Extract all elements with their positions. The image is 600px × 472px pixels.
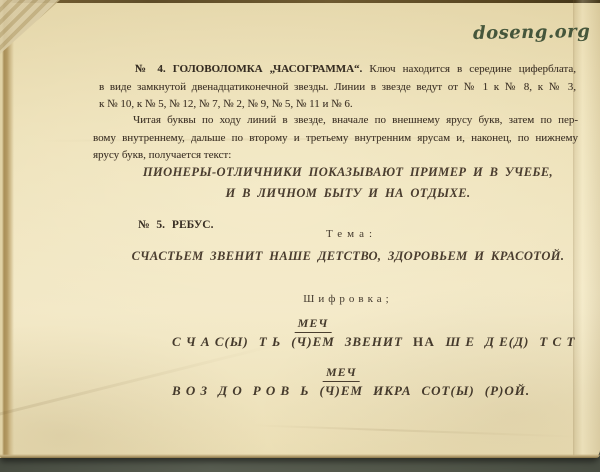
crease-line (250, 424, 580, 438)
watermark-text: doseng.org (473, 21, 591, 44)
paragraph-line: к № 10, к № 5, № 12, № 7, № 2, № 9, № 5,… (99, 96, 576, 114)
page-fold-crease (573, 0, 600, 458)
fraction-numerator: МЕЧ (295, 316, 332, 333)
cipher-group: Т Ь (259, 334, 281, 350)
fraction-denominator: (Ч)ЕМ (319, 383, 363, 398)
page-top-edge (0, 0, 600, 3)
page-bottom-edge (0, 454, 600, 458)
scanned-page-background: doseng.org № 4. ГОЛОВОЛОМКА „ЧАСОГРАММА“… (0, 0, 600, 472)
cipher-fraction: МЕЧ(Ч)ЕМ (319, 383, 363, 399)
cipher-group: Д Е(Д) (485, 334, 529, 350)
paragraph-line: вому внутреннему, дальше по второму и тр… (93, 130, 578, 148)
cipher-group: НА (413, 334, 436, 350)
paragraph-text: Ключ находится в середине циферблата, (369, 63, 576, 75)
answer-line: ПИОНЕРЫ-ОТЛИЧНИКИ ПОКАЗЫВАЮТ ПРИМЕР И В … (108, 162, 588, 183)
cipher-group: Ь (300, 383, 309, 399)
puzzle4-answer: ПИОНЕРЫ-ОТЛИЧНИКИ ПОКАЗЫВАЮТ ПРИМЕР И В … (108, 162, 588, 204)
paragraph-line: в виде замкнутой двенадцатиконечной звез… (99, 79, 576, 97)
theme-label: Тема: (326, 228, 377, 240)
puzzle4-paragraph-1: № 4. ГОЛОВОЛОМКА „ЧАСОГРАММА“. Ключ нахо… (99, 61, 576, 114)
answer-line: И В ЛИЧНОМ БЫТУ И НА ОТДЫХЕ. (108, 183, 588, 204)
cipher-group: С Ч А С(Ы) (172, 334, 249, 350)
cipher-group: ЗВЕНИТ (345, 334, 403, 350)
paragraph-line: Читая буквы по ходу линий в звезде, внач… (93, 112, 578, 130)
fraction-numerator: МЕЧ (323, 365, 360, 382)
cipher-group: ИКРА (373, 383, 411, 399)
paragraph-line: № 4. ГОЛОВОЛОМКА „ЧАСОГРАММА“. Ключ нахо… (99, 61, 576, 79)
puzzle5-heading: № 5. РЕБУС. (138, 219, 213, 231)
puzzle4-paragraph-2: Читая буквы по ходу линий в звезде, внач… (93, 112, 578, 165)
cipher-line-2: В О З Д О Р О В Ь МЕЧ(Ч)ЕМ ИКРА СОТ(Ы) (… (172, 383, 530, 399)
cipher-group: Ш Е (445, 334, 475, 350)
cipher-fraction: МЕЧ(Ч)ЕМ (291, 334, 335, 350)
cipher-group: (Р)ОЙ. (485, 383, 530, 399)
tape-corner (0, 0, 60, 54)
puzzle4-heading: № 4. ГОЛОВОЛОМКА „ЧАСОГРАММА“. (135, 63, 362, 75)
cipher-group: Д О (218, 383, 243, 399)
cipher-label: Шифровка; (108, 293, 588, 305)
crease-line (0, 341, 286, 421)
cipher-group: Р О В (253, 383, 291, 399)
theme-text: СЧАСТЬЕМ ЗВЕНИТ НАШЕ ДЕТСТВО, ЗДОРОВЬЕМ … (108, 249, 588, 264)
cipher-line-1: С Ч А С(Ы) Т Ь МЕЧ(Ч)ЕМ ЗВЕНИТ НА Ш Е Д … (172, 334, 575, 350)
cipher-group: Т С Т (539, 334, 575, 350)
fraction-denominator: (Ч)ЕМ (291, 334, 335, 349)
paper-page: doseng.org № 4. ГОЛОВОЛОМКА „ЧАСОГРАММА“… (0, 0, 600, 458)
page-left-edge (0, 0, 14, 458)
cipher-group: СОТ(Ы) (422, 383, 475, 399)
cipher-group: В О З (172, 383, 208, 399)
